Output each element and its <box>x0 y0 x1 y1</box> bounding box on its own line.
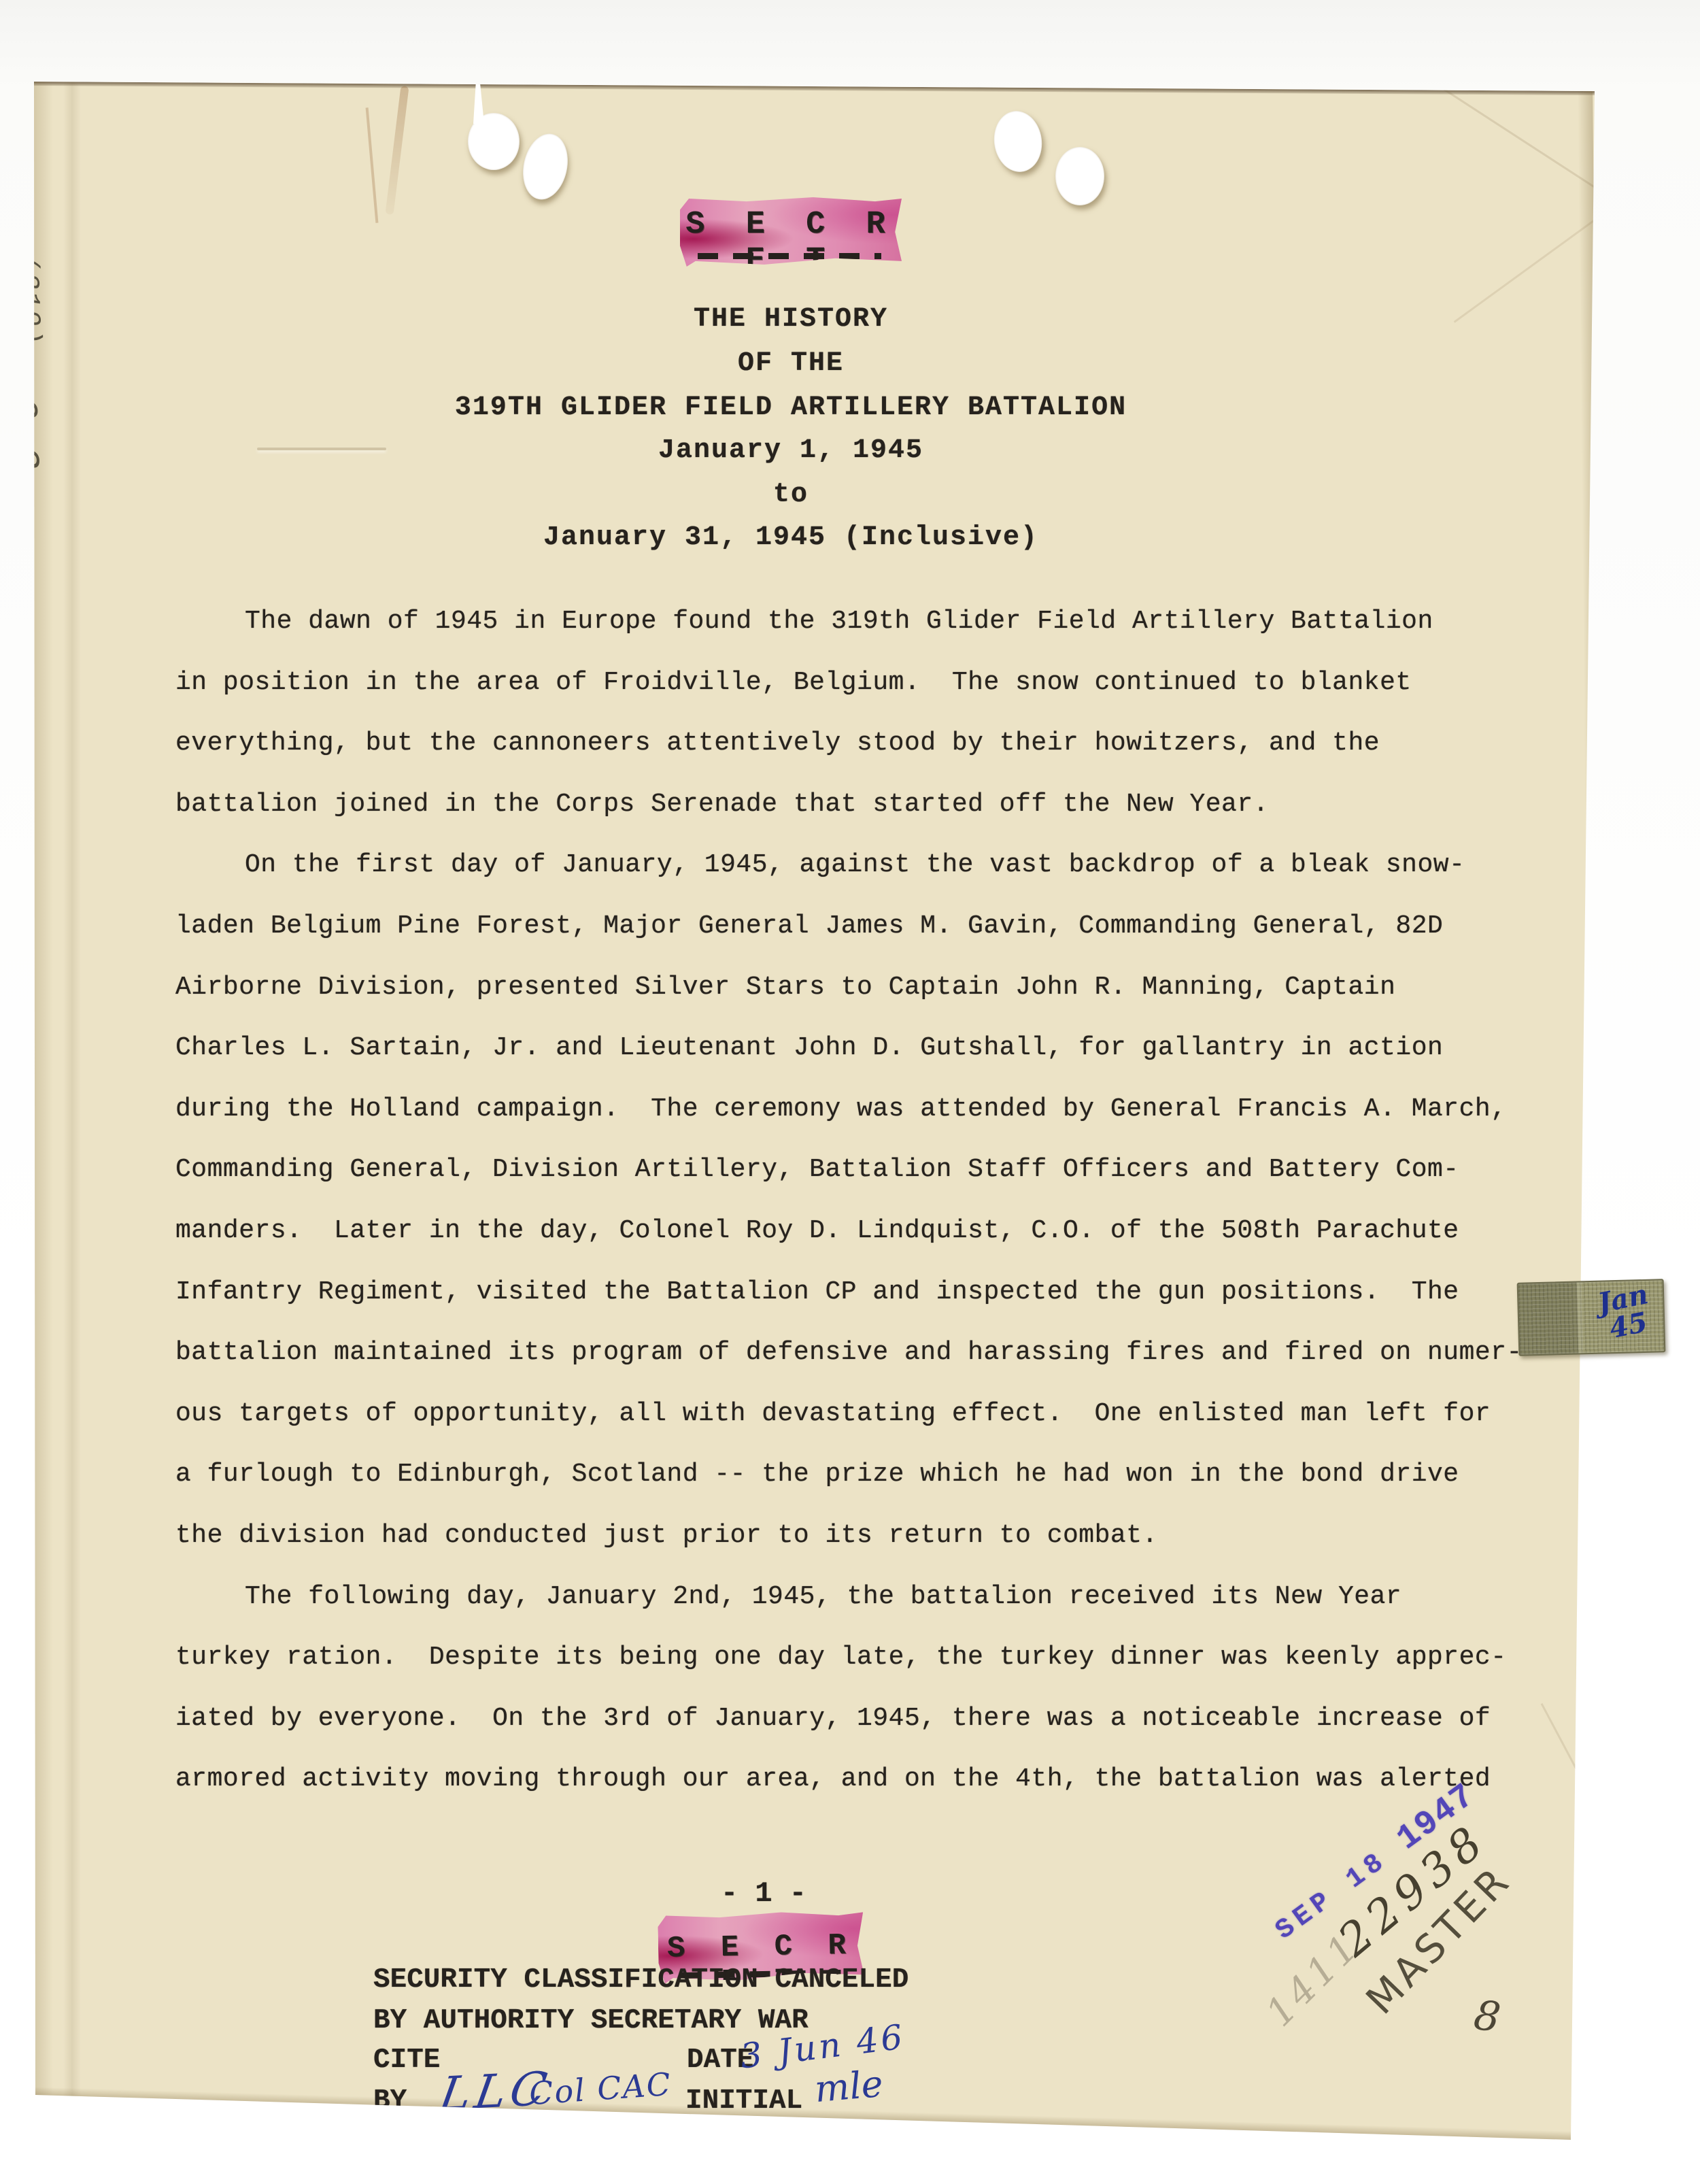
page-number: - 1 - <box>699 1877 828 1910</box>
by-label: BY <box>373 2085 407 2117</box>
body-line: The following day, January 2nd, 1945, th… <box>175 1566 1542 1628</box>
body-line: armored activity moving through our area… <box>175 1749 1542 1810</box>
body-line: turkey ration. Despite its being one day… <box>175 1627 1542 1688</box>
secret-stamp-underline <box>698 253 881 259</box>
body-line: the division had conducted just prior to… <box>175 1505 1542 1566</box>
body-line: a furlough to Edinburgh, Scotland -- the… <box>175 1444 1542 1505</box>
paper-top-edge <box>29 82 1599 95</box>
punch-hole <box>990 108 1046 175</box>
index-tab-jan-45: Jan 45 <box>1517 1279 1666 1356</box>
punch-hole <box>517 129 574 203</box>
cite-label: CITE <box>373 2045 440 2076</box>
body-line: everything, but the cannoneers attentive… <box>175 713 1542 774</box>
body-line: Charles L. Sartain, Jr. and Lieutenant J… <box>175 1018 1542 1079</box>
document-page: S E C R E T THE HISTORY OF THE 319TH GLI… <box>33 80 1597 2143</box>
body-line: manders. Later in the day, Colonel Roy D… <box>175 1200 1542 1262</box>
title-line-3: 319TH GLIDER FIELD ARTILLERY BATTALION <box>111 392 1471 423</box>
secret-stamp-label: S E C R E T <box>680 207 902 279</box>
body-line: during the Holland campaign. The ceremon… <box>175 1079 1542 1140</box>
file-number-prefix: 382- FA <box>0 80 39 256</box>
body-line: Infantry Regiment, visited the Battalion… <box>175 1262 1542 1323</box>
paper-bottom-edge <box>30 2087 1594 2143</box>
initial-label: INITIAL <box>685 2085 802 2117</box>
pencil-faint-number: 1411 <box>1257 1924 1369 2036</box>
title-line-4: January 1, 1945 <box>111 435 1471 466</box>
index-tab-label: Jan 45 <box>1596 1281 1656 1344</box>
paper-crease <box>63 80 81 2096</box>
paper-tear <box>473 80 484 124</box>
punch-hole <box>1055 147 1104 205</box>
body-line: battalion maintained its program of defe… <box>175 1322 1542 1383</box>
body-line: laden Belgium Pine Forest, Major General… <box>175 896 1542 957</box>
paper-right-edge <box>1578 87 1614 2141</box>
secret-stamp-top: S E C R E T <box>680 197 902 267</box>
paper-crease <box>1454 193 1631 323</box>
body-line: Airborne Division, presented Silver Star… <box>175 957 1542 1018</box>
paper-stain <box>385 86 409 215</box>
body-line: Commanding General, Division Artillery, … <box>175 1139 1542 1200</box>
title-line-6: January 31, 1945 (Inclusive) <box>111 522 1471 553</box>
pencil-page-mark: 8 <box>1471 1992 1503 2043</box>
body-line: The dawn of 1945 in Europe found the 319… <box>175 591 1542 652</box>
handwritten-initials: mle <box>813 2062 885 2111</box>
declassification-line-2: BY AUTHORITY SECRETARY WAR <box>373 2005 809 2036</box>
body-line: On the first day of January, 1945, again… <box>175 835 1542 896</box>
paper-crease <box>1541 1703 1626 1860</box>
scanned-document: S E C R E T THE HISTORY OF THE 319TH GLI… <box>0 0 1700 2184</box>
body-line: ous targets of opportunity, all with dev… <box>175 1383 1542 1445</box>
title-line-2: OF THE <box>111 348 1471 379</box>
body-line: battalion joined in the Corps Serenade t… <box>175 774 1542 835</box>
title-line-5: to <box>111 480 1471 510</box>
body-line: in position in the area of Froidville, B… <box>175 652 1542 713</box>
file-number-suffix: -0.3 <box>0 346 46 472</box>
file-number-superscript: (319) <box>12 254 46 348</box>
paper-crease <box>1382 48 1628 209</box>
index-tab-year: 45 <box>1601 1307 1656 1344</box>
declassification-line-1: SECURITY CLASSIFICATION CANCELED <box>373 1964 908 1996</box>
pencil-file-number: 382- FA(319) -0.3 <box>0 80 48 517</box>
paper-stain <box>366 107 379 223</box>
body-text: The dawn of 1945 in Europe found the 319… <box>175 591 1542 1810</box>
body-line: iated by everyone. On the 3rd of January… <box>175 1688 1542 1749</box>
title-line-1: THE HISTORY <box>111 304 1471 335</box>
